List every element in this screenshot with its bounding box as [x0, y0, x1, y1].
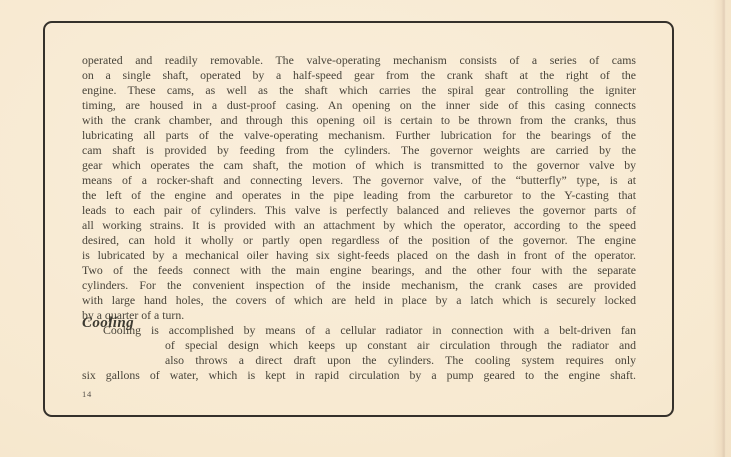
- text-line: with the crank chamber, and through this…: [82, 113, 636, 128]
- text-line: with large hand holes, the covers of whi…: [82, 293, 636, 308]
- text-line: desired, can hold it wholly or partly op…: [82, 233, 636, 248]
- cooling-sidehead: Cooling: [82, 316, 134, 331]
- text-line: operated and readily removable. The valv…: [82, 53, 636, 68]
- text-line: means of a rocker-shaft and connecting l…: [82, 173, 636, 188]
- text-line: all working strains. It is provided with…: [82, 218, 636, 233]
- text-line: lubricating all parts of the valve-opera…: [82, 128, 636, 143]
- text-line: leads to each pair of cylinders. This va…: [82, 203, 636, 218]
- text-line: engine. These cams, as well as the shaft…: [82, 83, 636, 98]
- text-line: the left of the engine and operates in t…: [82, 188, 636, 203]
- text-line: cam shaft is provided by feeding from th…: [82, 143, 636, 158]
- text-line: of special design which keeps up constan…: [165, 338, 636, 353]
- page-text: operated and readily removable. The valv…: [82, 53, 636, 383]
- text-line: is lubricated by a mechanical oiler havi…: [82, 248, 636, 263]
- paragraph-cooling: Cooling Cooling is accomplished by means…: [82, 323, 636, 383]
- text-line: Cooling is accomplished by means of a ce…: [82, 323, 636, 338]
- text-line: timing, are housed in a dust-proof casin…: [82, 98, 636, 113]
- text-line: six gallons of water, which is kept in r…: [82, 368, 636, 383]
- paragraph-valve-mechanism: operated and readily removable. The valv…: [82, 53, 636, 323]
- page-number: 14: [82, 389, 92, 399]
- page-edge-shadow: [713, 0, 731, 457]
- text-line: by a quarter of a turn.: [82, 308, 636, 323]
- text-line: gear which operates the cam shaft, the m…: [82, 158, 636, 173]
- text-line: cylinders. For the convenient inspection…: [82, 278, 636, 293]
- book-page: operated and readily removable. The valv…: [0, 0, 731, 457]
- text-line: Two of the feeds connect with the main e…: [82, 263, 636, 278]
- text-line: also throws a direct draft upon the cyli…: [165, 353, 636, 368]
- text-line: on a single shaft, operated by a half-sp…: [82, 68, 636, 83]
